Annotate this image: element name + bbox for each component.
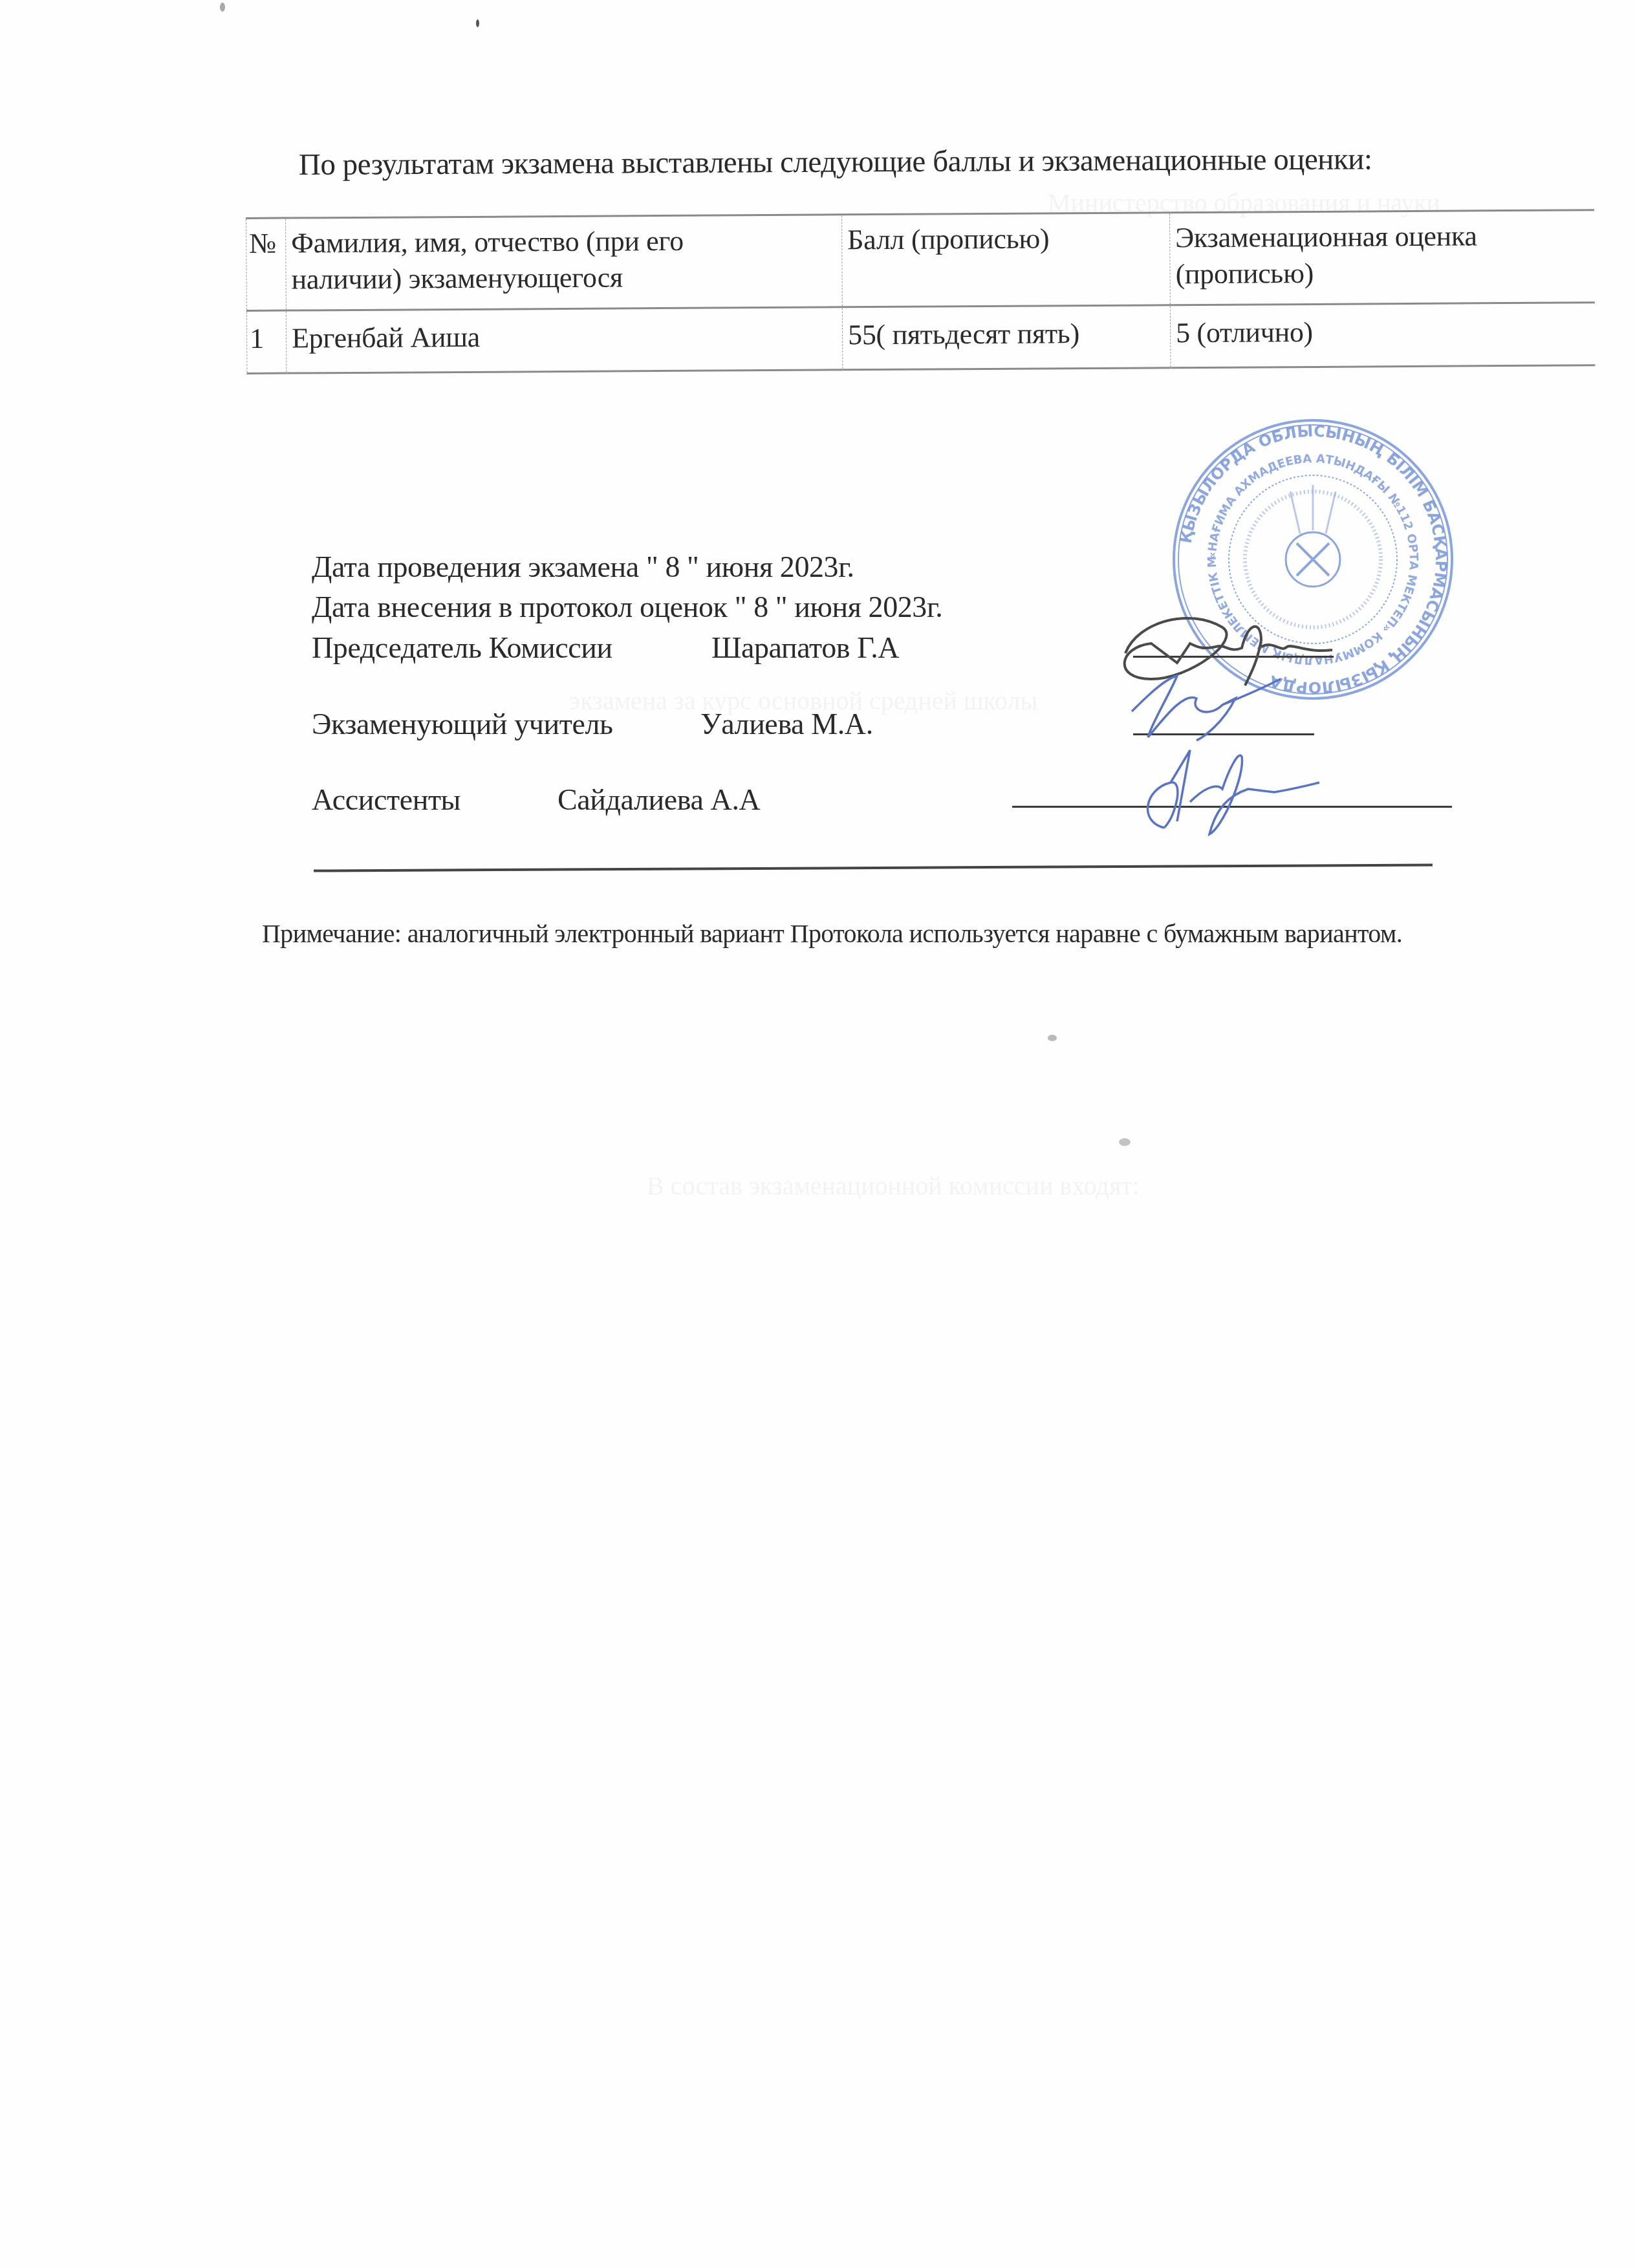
header-grade-line2: (прописью) <box>1175 254 1589 292</box>
assistants-name: Сайдалиева А.А <box>558 783 760 817</box>
scan-speck <box>1119 1138 1131 1146</box>
header-name-line1: Фамилия, имя, отчество (при его <box>291 222 836 261</box>
divider-line <box>314 863 1433 872</box>
chairman-name: Шарапатов Г.А <box>711 631 899 665</box>
header-num: № <box>246 218 287 310</box>
bleed-through-text: В состав экзаменационной комиссии входят… <box>647 1171 1140 1201</box>
entry-date: Дата внесения в протокол оценок " 8 " ию… <box>312 590 942 624</box>
cell-num: 1 <box>246 310 287 373</box>
results-intro: По результатам экзамена выставлены следу… <box>299 142 1372 182</box>
teacher-name: Уалиева М.А. <box>700 707 873 741</box>
cell-name: Ергенбай Аиша <box>286 307 843 373</box>
note-text: Примечание: аналогичный электронный вари… <box>262 918 1402 949</box>
scan-speck <box>476 19 479 27</box>
exam-date: Дата проведения экзамена " 8 " июня 2023… <box>312 550 854 584</box>
teacher-signature-icon <box>1125 673 1294 744</box>
table-header-row: № Фамилия, имя, отчество (при его наличи… <box>246 210 1595 311</box>
header-name: Фамилия, имя, отчество (при его наличии)… <box>286 215 843 310</box>
scan-speck <box>1048 1035 1057 1041</box>
header-score: Балл (прописью) <box>841 213 1170 307</box>
cell-grade: 5 (отлично) <box>1170 303 1595 368</box>
chairman-label: Председатель Комиссии <box>312 631 612 665</box>
header-grade-line1: Экзаменационная оценка <box>1175 217 1589 256</box>
results-table: № Фамилия, имя, отчество (при его наличи… <box>246 209 1595 374</box>
table-row: 1 Ергенбай Аиша 55( пятьдесят пять) 5 (о… <box>246 303 1595 374</box>
header-name-line2: наличии) экзаменующегося <box>291 258 836 297</box>
teacher-label: Экзаменующий учитель <box>312 707 613 741</box>
scan-speck <box>220 3 225 12</box>
header-grade: Экзаменационная оценка (прописью) <box>1169 210 1594 305</box>
cell-score: 55( пятьдесят пять) <box>842 305 1171 370</box>
assistant-signature-icon <box>1125 744 1332 841</box>
assistants-label: Ассистенты <box>312 783 460 817</box>
